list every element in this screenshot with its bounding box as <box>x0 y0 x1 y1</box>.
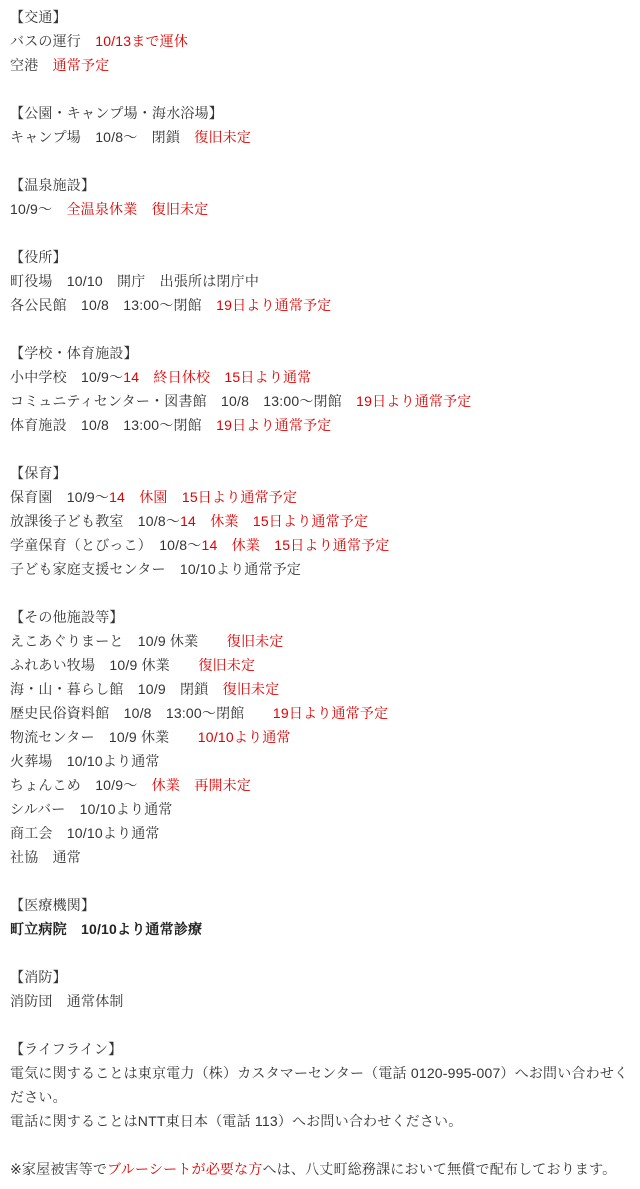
section: 【学校・体育施設】小中学校 10/9～14 終日休校 15日より通常コミュニティ… <box>10 341 630 437</box>
status-text: 商工会 10/10より通常 <box>10 825 160 841</box>
status-highlight: 復旧未定 <box>227 633 284 649</box>
status-text: 体育施設 10/8 13:00～閉館 <box>10 417 216 433</box>
section-header: 【交通】 <box>10 5 630 29</box>
status-line: 電気に関することは東京電力（株）カスタマーセンター（電話 0120-995-00… <box>10 1061 630 1109</box>
section-header: 【その他施設等】 <box>10 605 630 629</box>
status-line: 海・山・暮らし館 10/9 閉鎖 復旧未定 <box>10 677 630 701</box>
section-header: 【ライフライン】 <box>10 1037 630 1061</box>
status-text: 物流センター 10/9 休業 <box>10 729 198 745</box>
section-header: 【公園・キャンプ場・海水浴場】 <box>10 101 630 125</box>
status-line: 消防団 通常体制 <box>10 989 630 1013</box>
status-text: コミュニティセンター・図書館 10/8 13:00～閉館 <box>10 393 356 409</box>
section-header: 【医療機関】 <box>10 893 630 917</box>
section-header: 【消防】 <box>10 965 630 989</box>
status-report: 【交通】バスの運行 10/13まで運休空港 通常予定【公園・キャンプ場・海水浴場… <box>0 0 640 1189</box>
status-text: 10/9～ <box>10 201 66 217</box>
status-text: 放課後子ども教室 10/8～ <box>10 513 180 529</box>
status-line: バスの運行 10/13まで運休 <box>10 29 630 53</box>
section: 【消防】消防団 通常体制 <box>10 965 630 1013</box>
status-line: 10/9～ 全温泉休業 復旧未定 <box>10 197 630 221</box>
status-line: 社協 通常 <box>10 845 630 869</box>
status-line: 町立病院 10/10より通常診療 <box>10 917 630 941</box>
status-text: ふれあい牧場 10/9 休業 <box>10 657 198 673</box>
status-text: 保育園 10/9～ <box>10 489 109 505</box>
status-line: キャンプ場 10/8～ 閉鎖 復旧未定 <box>10 125 630 149</box>
status-highlight: 19日より通常予定 <box>273 705 388 721</box>
status-text: バスの運行 <box>10 33 95 49</box>
section: 【公園・キャンプ場・海水浴場】キャンプ場 10/8～ 閉鎖 復旧未定 <box>10 101 630 149</box>
section-header: 【役所】 <box>10 245 630 269</box>
section: 【その他施設等】えこあぐりまーと 10/9 休業 復旧未定ふれあい牧場 10/9… <box>10 605 630 869</box>
status-line: 放課後子ども教室 10/8～14 休業 15日より通常予定 <box>10 509 630 533</box>
section: 【温泉施設】10/9～ 全温泉休業 復旧未定 <box>10 173 630 221</box>
status-highlight: 全温泉休業 復旧未定 <box>66 201 208 217</box>
status-line: 商工会 10/10より通常 <box>10 821 630 845</box>
section-header: 【学校・体育施設】 <box>10 341 630 365</box>
status-highlight: 復旧未定 <box>223 681 280 697</box>
status-text: 町立病院 10/10より通常診療 <box>10 921 202 937</box>
status-highlight: 14 休業 15日より通常予定 <box>180 513 368 529</box>
section-header: 【温泉施設】 <box>10 173 630 197</box>
status-highlight: 通常予定 <box>53 57 110 73</box>
status-text: えこあぐりまーと 10/9 休業 <box>10 633 227 649</box>
status-line: 火葬場 10/10より通常 <box>10 749 630 773</box>
status-line: 子ども家庭支援センター 10/10より通常予定 <box>10 557 630 581</box>
status-line: コミュニティセンター・図書館 10/8 13:00～閉館 19日より通常予定 <box>10 389 630 413</box>
status-line: 電話に関することはNTT東日本（電話 113）へお問い合わせください。 <box>10 1109 630 1133</box>
section: 【保育】保育園 10/9～14 休園 15日より通常予定放課後子ども教室 10/… <box>10 461 630 581</box>
status-text: 電話に関することはNTT東日本（電話 113）へお問い合わせください。 <box>10 1113 462 1129</box>
status-highlight: 19日より通常予定 <box>216 417 331 433</box>
status-text: 町役場 10/10 開庁 出張所は閉庁中 <box>10 273 259 289</box>
status-text: 子ども家庭支援センター 10/10より通常予定 <box>10 561 301 577</box>
status-text: 海・山・暮らし館 10/9 閉鎖 <box>10 681 223 697</box>
status-line: 空港 通常予定 <box>10 53 630 77</box>
status-line: ちょんこめ 10/9～ 休業 再開未定 <box>10 773 630 797</box>
status-highlight: 復旧未定 <box>194 129 251 145</box>
section: 【ライフライン】電気に関することは東京電力（株）カスタマーセンター（電話 012… <box>10 1037 630 1133</box>
status-text: へは、八丈町総務課において無償で配布しております。 <box>263 1161 617 1177</box>
status-text: キャンプ場 10/8～ 閉鎖 <box>10 129 194 145</box>
status-text: 歴史民俗資料館 10/8 13:00～閉館 <box>10 705 273 721</box>
status-highlight: ブルーシートが必要な方 <box>107 1161 262 1177</box>
status-text: 電気に関することは東京電力（株）カスタマーセンター（電話 0120-995-00… <box>10 1065 628 1105</box>
status-text: 各公民館 10/8 13:00～閉館 <box>10 297 216 313</box>
status-highlight: 10/13まで運休 <box>95 33 188 49</box>
status-line: 保育園 10/9～14 休園 15日より通常予定 <box>10 485 630 509</box>
status-text: シルバー 10/10より通常 <box>10 801 173 817</box>
status-highlight: 19日より通常予定 <box>356 393 471 409</box>
status-highlight: 休業 再開未定 <box>152 777 251 793</box>
status-highlight: 14 休園 15日より通常予定 <box>109 489 297 505</box>
status-line: ※家屋被害等でブルーシートが必要な方へは、八丈町総務課において無償で配布しており… <box>10 1157 630 1181</box>
status-highlight: 14 終日休校 15日より通常 <box>123 369 311 385</box>
status-line: 学童保育（とびっこ） 10/8～14 休業 15日より通常予定 <box>10 533 630 557</box>
status-text: 小中学校 10/9～ <box>10 369 123 385</box>
status-highlight: 19日より通常予定 <box>216 297 331 313</box>
section: 【医療機関】町立病院 10/10より通常診療 <box>10 893 630 941</box>
status-text: 学童保育（とびっこ） 10/8～ <box>10 537 201 553</box>
section: 【交通】バスの運行 10/13まで運休空港 通常予定 <box>10 5 630 77</box>
section-header: 【保育】 <box>10 461 630 485</box>
status-line: 町役場 10/10 開庁 出張所は閉庁中 <box>10 269 630 293</box>
status-highlight: 14 休業 15日より通常予定 <box>201 537 389 553</box>
status-text: 空港 <box>10 57 53 73</box>
section: 【役所】町役場 10/10 開庁 出張所は閉庁中各公民館 10/8 13:00～… <box>10 245 630 317</box>
status-highlight: 復旧未定 <box>198 657 255 673</box>
status-line: ふれあい牧場 10/9 休業 復旧未定 <box>10 653 630 677</box>
status-line: 体育施設 10/8 13:00～閉館 19日より通常予定 <box>10 413 630 437</box>
status-text: ※家屋被害等で <box>10 1161 107 1177</box>
status-line: 物流センター 10/9 休業 10/10より通常 <box>10 725 630 749</box>
status-text: ちょんこめ 10/9～ <box>10 777 152 793</box>
status-highlight: 10/10より通常 <box>198 729 291 745</box>
status-line: えこあぐりまーと 10/9 休業 復旧未定 <box>10 629 630 653</box>
status-line: 各公民館 10/8 13:00～閉館 19日より通常予定 <box>10 293 630 317</box>
page: { "colors": { "background": "#ffffff", "… <box>0 0 640 1189</box>
status-text: 社協 通常 <box>10 849 81 865</box>
status-text: 火葬場 10/10より通常 <box>10 753 160 769</box>
status-line: 小中学校 10/9～14 終日休校 15日より通常 <box>10 365 630 389</box>
status-text: 消防団 通常体制 <box>10 993 124 1009</box>
status-line: 歴史民俗資料館 10/8 13:00～閉館 19日より通常予定 <box>10 701 630 725</box>
status-line: シルバー 10/10より通常 <box>10 797 630 821</box>
section: ※家屋被害等でブルーシートが必要な方へは、八丈町総務課において無償で配布しており… <box>10 1157 630 1181</box>
